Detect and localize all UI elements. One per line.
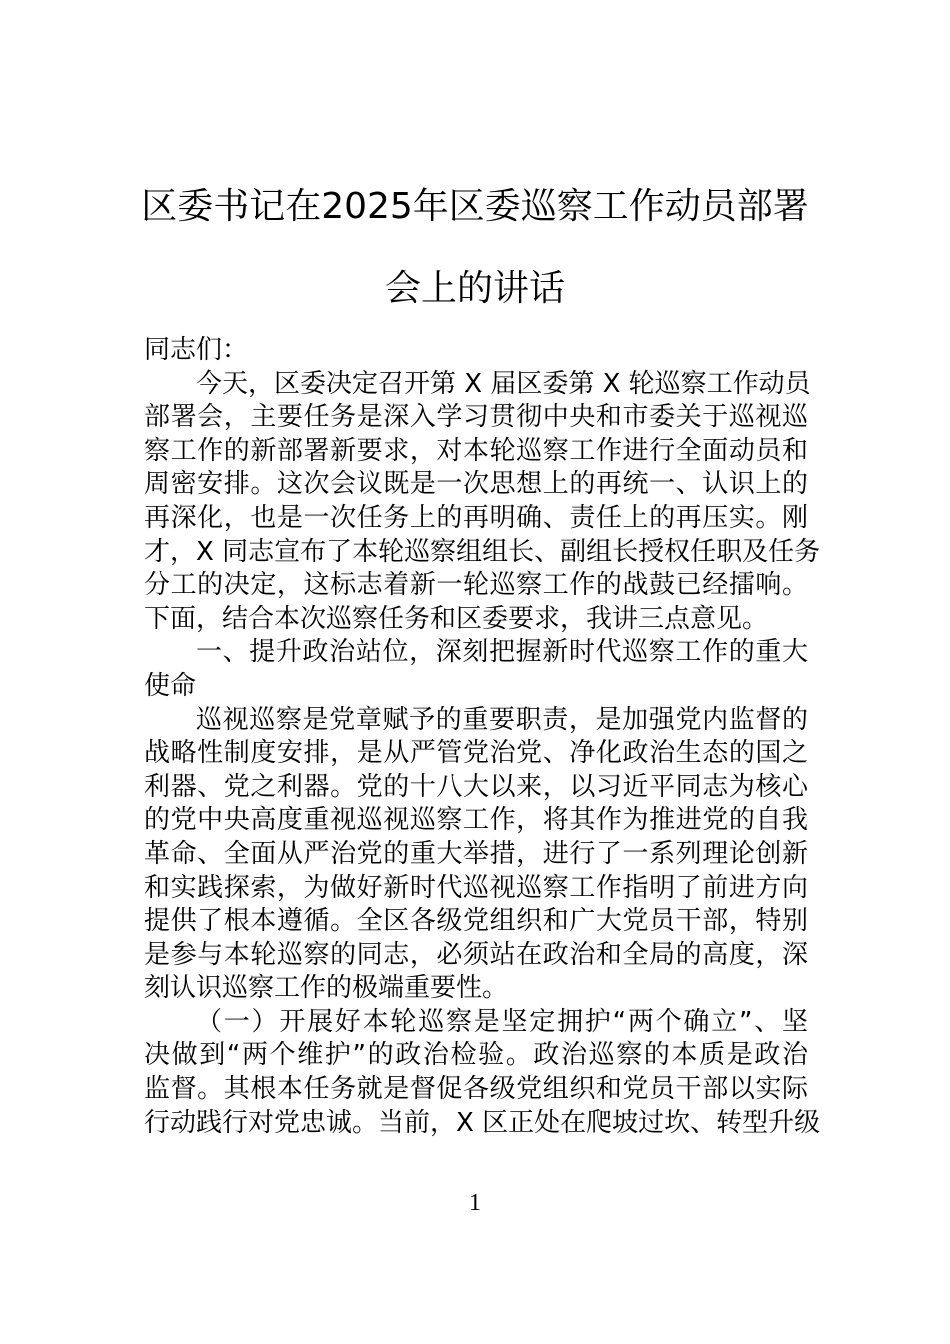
text-line: 才，X 同志宣布了本轮巡察组组长、副组长授权任职及任务 bbox=[144, 536, 808, 570]
text-line: 再深化，也是一次任务上的再明确、责任上的再压实。刚 bbox=[144, 502, 808, 536]
section-heading-1: 一、提升政治站位，深刻把握新时代巡察工作的重大 使命 bbox=[144, 636, 808, 703]
document-page: 区委书记在2025年区委巡察工作动员部署 会上的讲话 同志们： 今天，区委决定召… bbox=[0, 0, 950, 1344]
text-line: 是参与本轮巡察的同志，必须站在政治和全局的高度，深 bbox=[144, 939, 808, 973]
text-line: 部署会，主要任务是深入学习贯彻中央和市委关于巡视巡 bbox=[144, 401, 808, 435]
text-line: 今天，区委决定召开第 X 届区委第 X 轮巡察工作动员 bbox=[144, 368, 808, 402]
document-body: 同志们： 今天，区委决定召开第 X 届区委第 X 轮巡察工作动员 部署会，主要任… bbox=[144, 334, 808, 1140]
text-line: 和实践探索，为做好新时代巡视巡察工作指明了前进方向 bbox=[144, 872, 808, 906]
salutation: 同志们： bbox=[144, 334, 808, 368]
text-line: （一）开展好本轮巡察是坚定拥护“两个确立”、坚 bbox=[144, 1006, 808, 1040]
title-line-1: 区委书记在2025年区委巡察工作动员部署 bbox=[120, 166, 830, 248]
text-line: 提供了根本遵循。全区各级党组织和广大党员干部，特别 bbox=[144, 905, 808, 939]
heading-line: 一、提升政治站位，深刻把握新时代巡察工作的重大 bbox=[144, 636, 808, 670]
text-line: 巡视巡察是党章赋予的重要职责，是加强党内监督的 bbox=[144, 704, 808, 738]
text-line: 行动践行对党忠诚。当前，X 区正处在爬坡过坎、转型升级 bbox=[144, 1107, 808, 1141]
text-line: 察工作的新部署新要求，对本轮巡察工作进行全面动员和 bbox=[144, 435, 808, 469]
title-line-2: 会上的讲话 bbox=[120, 248, 830, 330]
paragraph-1: 巡视巡察是党章赋予的重要职责，是加强党内监督的 战略性制度安排，是从严管党治党、… bbox=[144, 704, 808, 1006]
text-line: 的党中央高度重视巡视巡察工作，将其作为推进党的自我 bbox=[144, 804, 808, 838]
text-line: 战略性制度安排，是从严管党治党、净化政治生态的国之 bbox=[144, 737, 808, 771]
heading-line: 使命 bbox=[144, 670, 808, 704]
text-line: 周密安排。这次会议既是一次思想上的再统一、认识上的 bbox=[144, 468, 808, 502]
text-line: 分工的决定，这标志着新一轮巡察工作的战鼓已经擂响。 bbox=[144, 569, 808, 603]
text-line: 监督。其根本任务就是督促各级党组织和党员干部以实际 bbox=[144, 1073, 808, 1107]
text-line: 革命、全面从严治党的重大举措，进行了一系列理论创新 bbox=[144, 838, 808, 872]
text-line: 刻认识巡察工作的极端重要性。 bbox=[144, 972, 808, 1006]
text-line: 下面，结合本次巡察任务和区委要求，我讲三点意见。 bbox=[144, 603, 808, 637]
paragraph-intro: 今天，区委决定召开第 X 届区委第 X 轮巡察工作动员 部署会，主要任务是深入学… bbox=[144, 368, 808, 637]
paragraph-2: （一）开展好本轮巡察是坚定拥护“两个确立”、坚 决做到“两个维护”的政治检验。政… bbox=[144, 1006, 808, 1140]
text-line: 决做到“两个维护”的政治检验。政治巡察的本质是政治 bbox=[144, 1039, 808, 1073]
document-title: 区委书记在2025年区委巡察工作动员部署 会上的讲话 bbox=[120, 166, 830, 330]
page-number: 1 bbox=[0, 1190, 950, 1217]
text-line: 利器、党之利器。党的十八大以来，以习近平同志为核心 bbox=[144, 771, 808, 805]
